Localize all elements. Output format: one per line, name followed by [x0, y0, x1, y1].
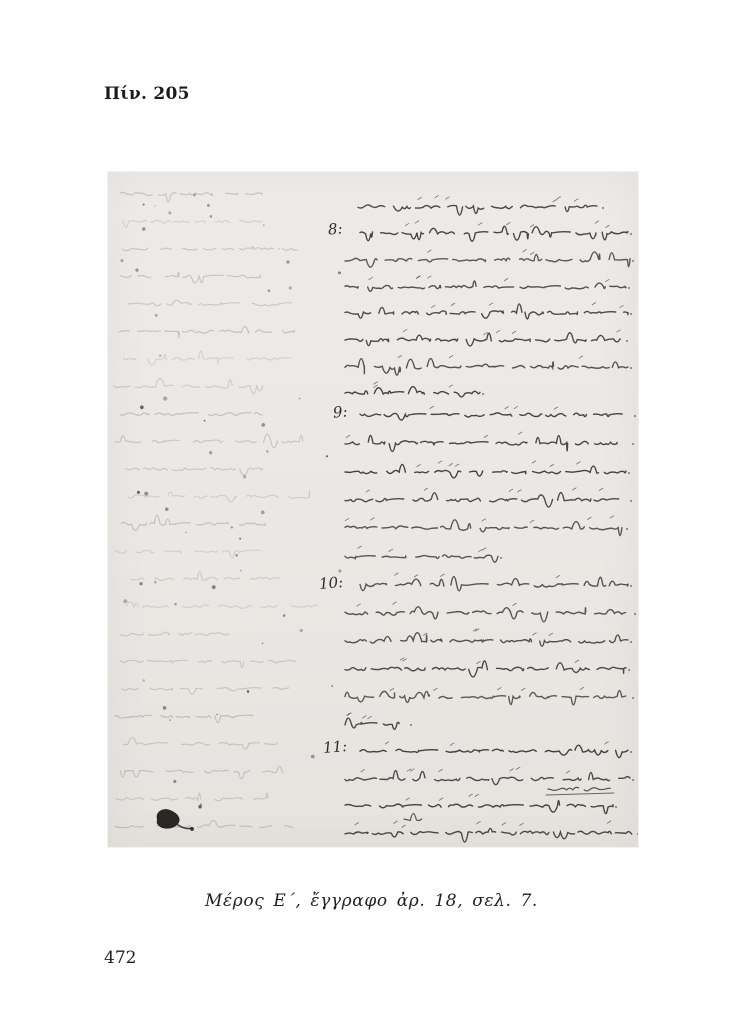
manuscript-photo: 8: 9: 10: 11: [108, 172, 638, 847]
page-number: 472 [104, 948, 136, 968]
plate-label: Πίν. 205 [104, 84, 190, 104]
book-page: Πίν. 205 8: 9: 10: 11: Μέρος Ε΄, ἔγγραφο… [0, 0, 743, 1027]
paragraph-number-11: 11: [322, 739, 347, 756]
figure-caption: Μέρος Ε΄, ἔγγραφο ἀρ. 18, σελ. 7. [0, 891, 743, 911]
handwriting-facsimile [108, 172, 638, 847]
paragraph-number-9: 9: [332, 404, 348, 420]
paragraph-number-10: 10: [318, 575, 343, 592]
paragraph-number-8: 8: [327, 221, 343, 237]
